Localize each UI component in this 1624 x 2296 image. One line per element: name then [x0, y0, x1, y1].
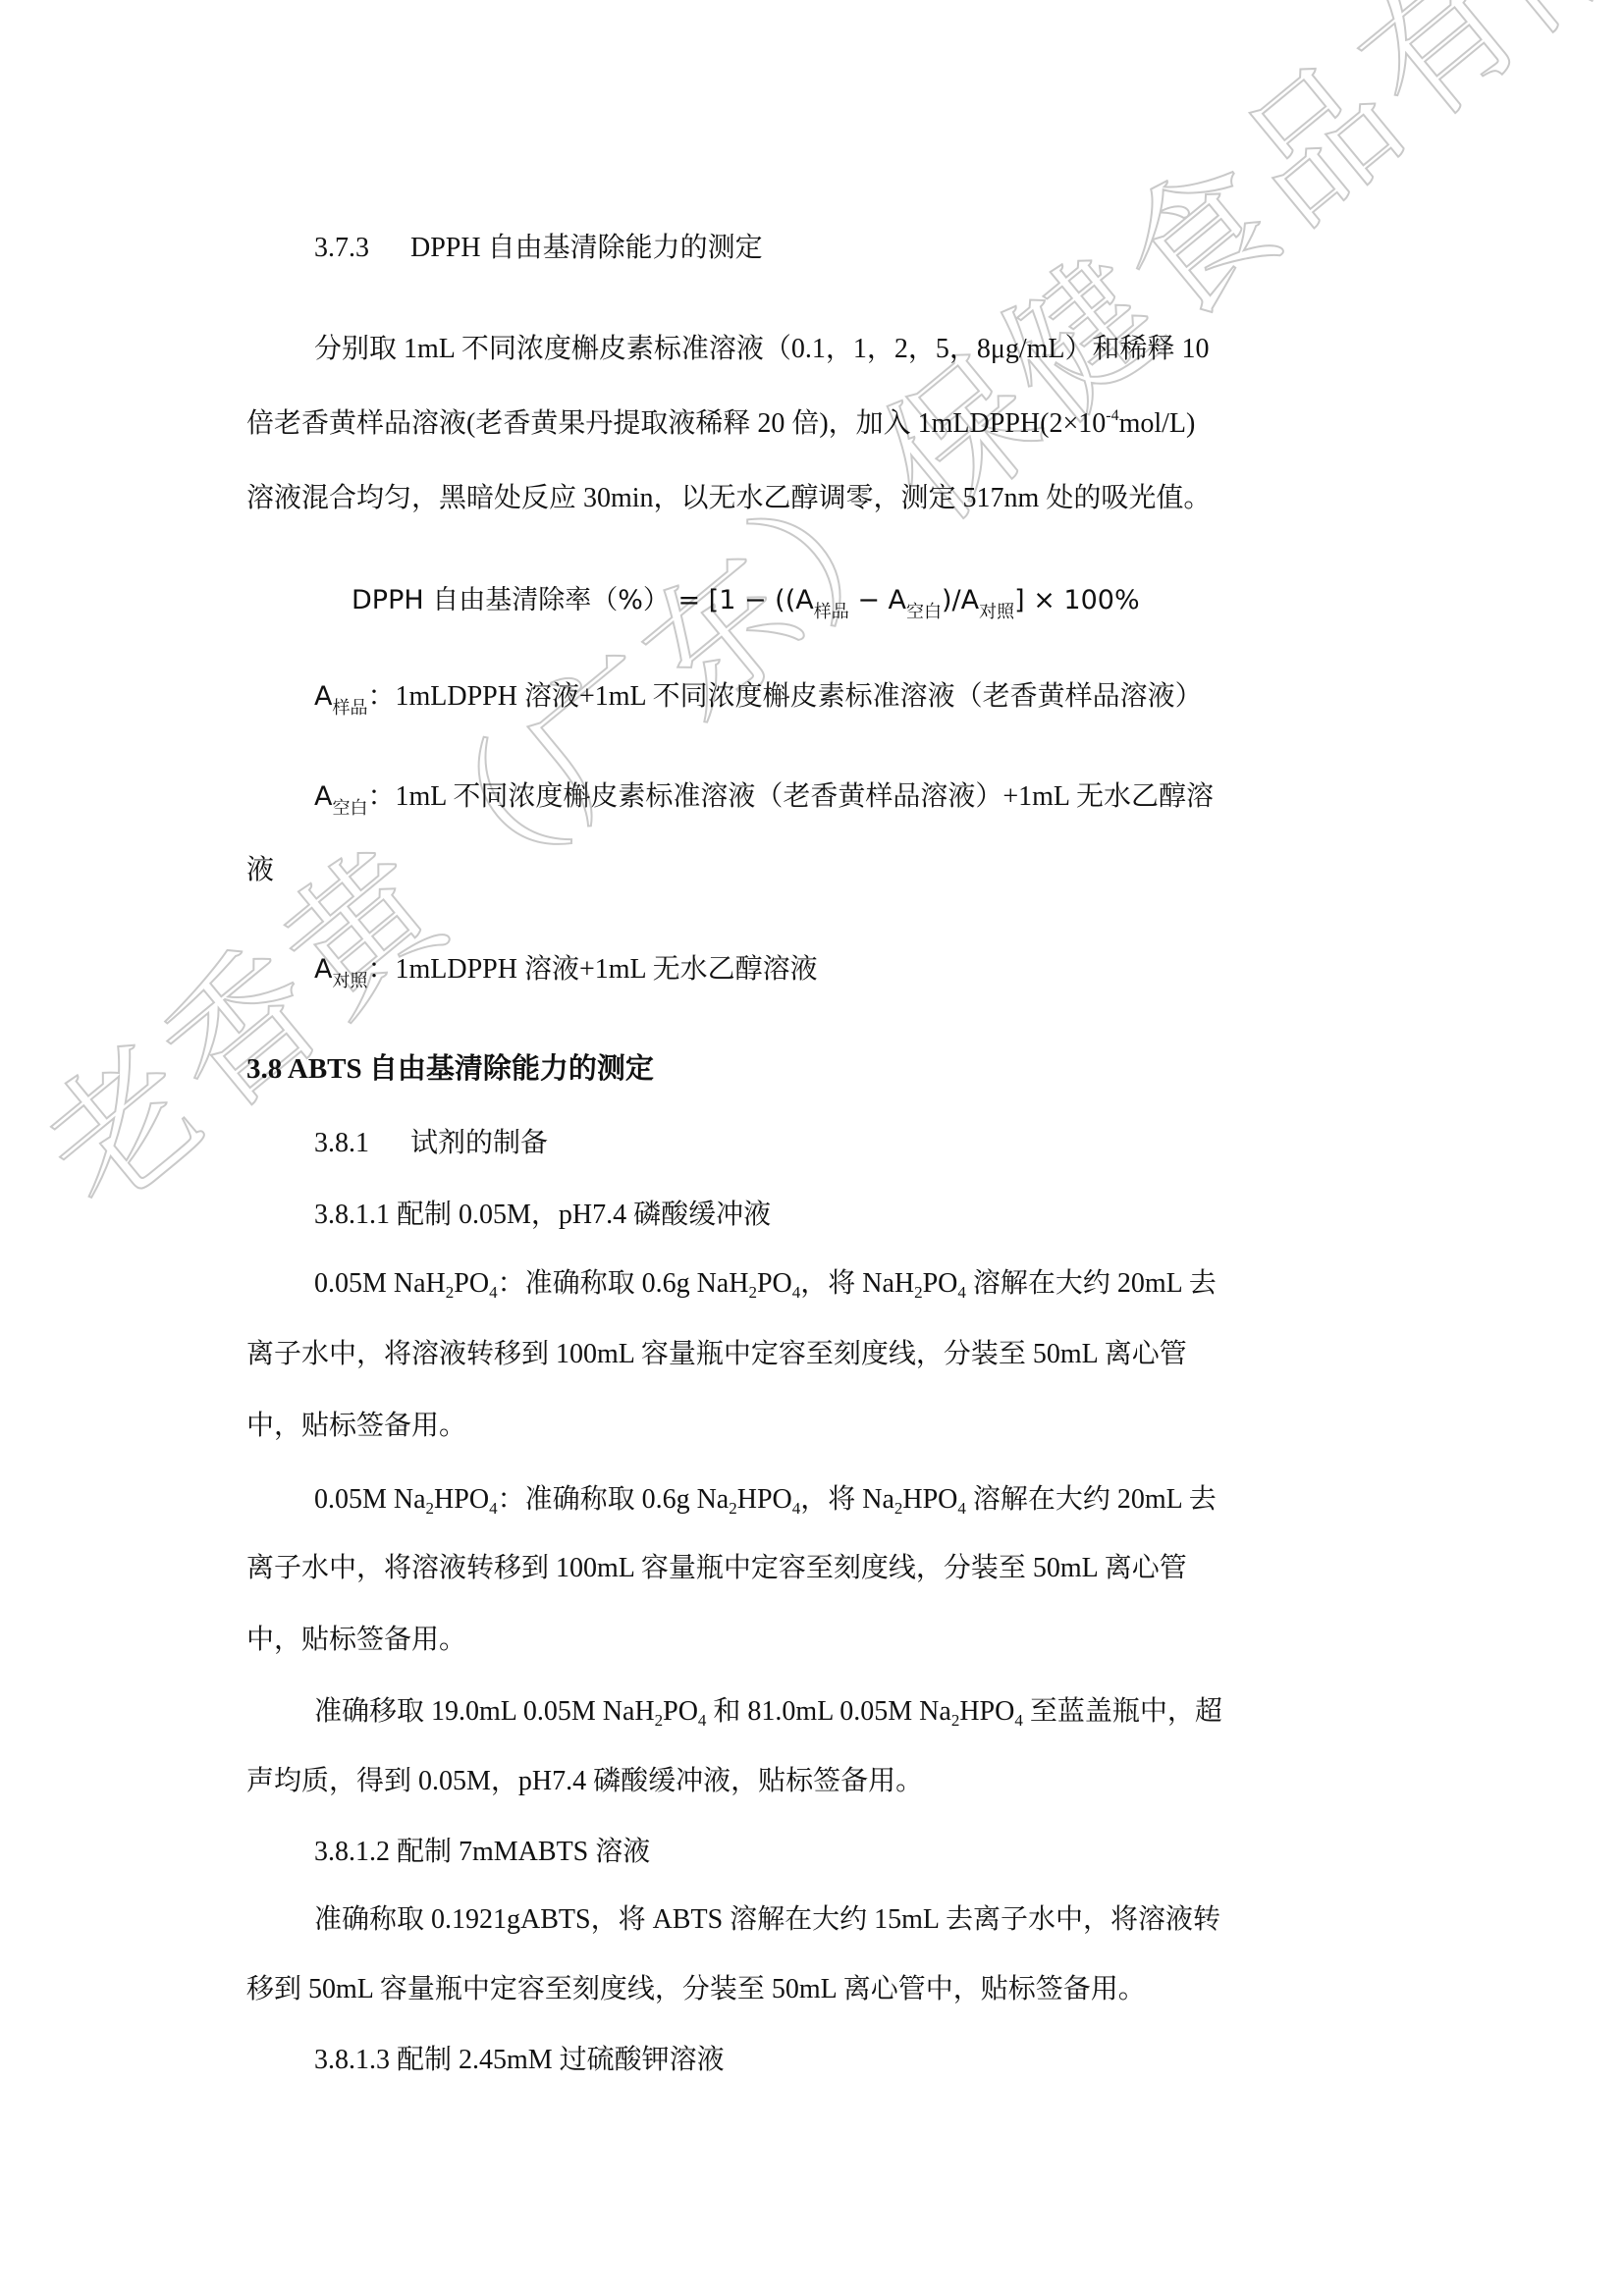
- paragraph-line: 溶液混合均匀，黑暗处反应 30min，以无水乙醇调零，测定 517nm 处的吸光…: [246, 481, 1211, 516]
- definition-a-blank-cont: 液: [246, 853, 274, 888]
- definition-a-control: A对照：1mLDPPH 溶液+1mL 无水乙醇溶液: [314, 952, 818, 988]
- paragraph-line: 倍老香黄样品溶液(老香黄果丹提取液稀释 20 倍)，加入 1mLDPPH(2×1…: [246, 406, 1195, 442]
- paragraph-line: 声均质，得到 0.05M，pH7.4 磷酸缓冲液，贴标签备用。: [246, 1764, 923, 1799]
- paragraph-line: 离子水中，将溶液转移到 100mL 容量瓶中定容至刻度线，分装至 50mL 离心…: [246, 1551, 1187, 1586]
- section-number: 3.7.3: [314, 233, 369, 263]
- section-heading-3-7-3: 3.7.3DPPH 自由基清除能力的测定: [314, 231, 763, 266]
- dpph-formula: DPPH 自由基清除率（%） = [1 − ((A样品 − A空白)/A对照] …: [352, 583, 1140, 618]
- paragraph-line: 离子水中，将溶液转移到 100mL 容量瓶中定容至刻度线，分装至 50mL 离心…: [246, 1337, 1187, 1372]
- definition-a-sample: A样品：1mLDPPH 溶液+1mL 不同浓度槲皮素标准溶液（老香黄样品溶液）: [314, 679, 1203, 715]
- paragraph-line: 中，贴标签备用。: [246, 1409, 466, 1444]
- section-heading-3-8-1-1: 3.8.1.1 配制 0.05M，pH7.4 磷酸缓冲液: [314, 1198, 771, 1233]
- watermark-text: 老香黄（广东）保健食品有限公司: [0, 0, 1624, 1248]
- nah2po4-line: 0.05M NaH2PO4：准确称取 0.6g NaH2PO4，将 NaH2PO…: [314, 1266, 1217, 1302]
- buffer-mix-line: 准确移取 19.0mL 0.05M NaH2PO4 和 81.0mL 0.05M…: [314, 1694, 1222, 1730]
- section-title: DPPH 自由基清除能力的测定: [410, 233, 763, 263]
- paragraph-line: 准确称取 0.1921gABTS，将 ABTS 溶解在大约 15mL 去离子水中…: [314, 1902, 1220, 1938]
- paragraph-line: 分别取 1mL 不同浓度槲皮素标准溶液（0.1，1，2，5，8μg/mL）和稀释…: [314, 332, 1210, 367]
- document-page: 老香黄（广东）保健食品有限公司 3.7.3DPPH 自由基清除能力的测定 分别取…: [0, 0, 1624, 2296]
- section-heading-3-8-1-3: 3.8.1.3 配制 2.45mM 过硫酸钾溶液: [314, 2043, 725, 2078]
- paragraph-line: 中，贴标签备用。: [246, 1623, 466, 1658]
- section-heading-3-8-1: 3.8.1试剂的制备: [314, 1126, 548, 1161]
- section-heading-3-8-1-2: 3.8.1.2 配制 7mMABTS 溶液: [314, 1835, 650, 1870]
- section-heading-3-8: 3.8 ABTS 自由基清除能力的测定: [246, 1051, 654, 1087]
- definition-a-blank: A空白：1mL 不同浓度槲皮素标准溶液（老香黄样品溶液）+1mL 无水乙醇溶: [314, 779, 1214, 815]
- paragraph-line: 移到 50mL 容量瓶中定容至刻度线，分装至 50mL 离心管中，贴标签备用。: [246, 1972, 1146, 2007]
- na2hpo4-line: 0.05M Na2HPO4：准确称取 0.6g Na2HPO4，将 Na2HPO…: [314, 1482, 1217, 1518]
